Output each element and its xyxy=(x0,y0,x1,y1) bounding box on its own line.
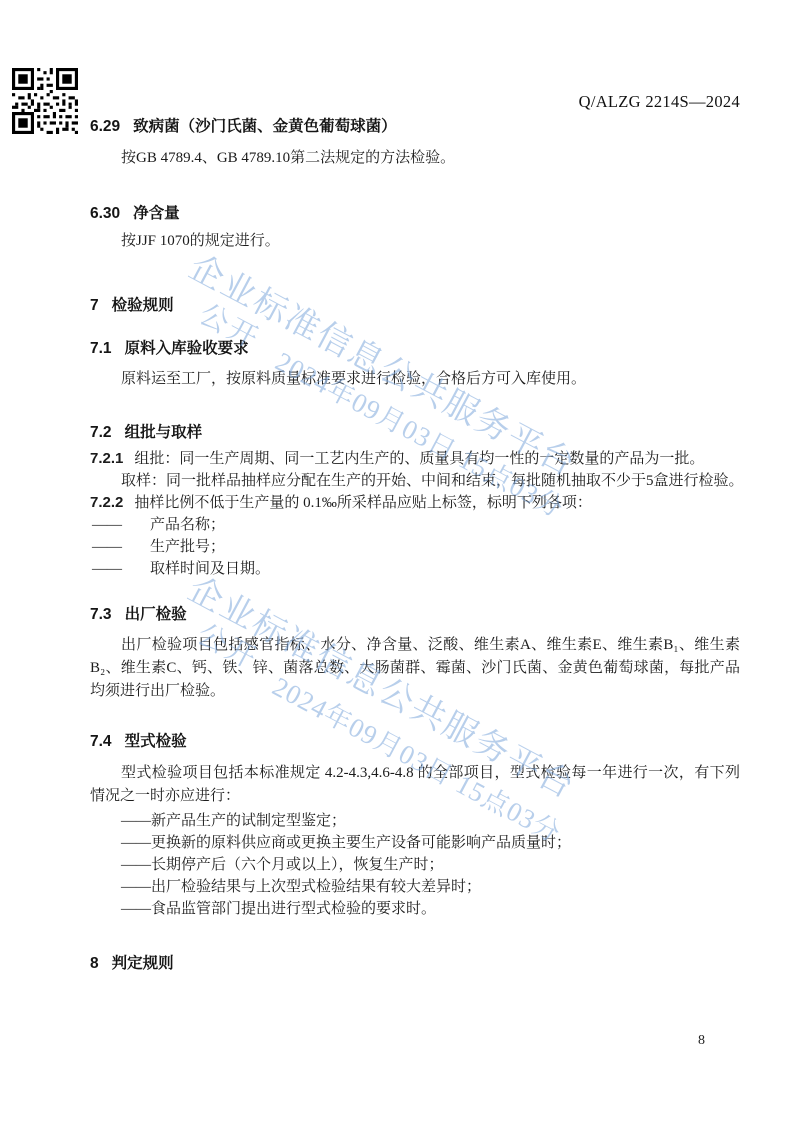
list-item-text: 生产批号； xyxy=(150,536,225,558)
list-item: ——出厂检验结果与上次型式检验结果有较大差异时； xyxy=(90,876,740,898)
list-item: ——长期停产后（六个月或以上），恢复生产时； xyxy=(90,854,740,876)
dash-marker: —— xyxy=(90,514,150,536)
heading-7-2: 7.2组批与取样 xyxy=(90,420,740,442)
heading-7-3: 7.3出厂检验 xyxy=(90,602,740,624)
section-number: 7.1 xyxy=(90,340,112,357)
list-item: ——生产批号； xyxy=(90,536,740,558)
chapter-number: 7 xyxy=(90,297,99,314)
clause-number: 7.2.2 xyxy=(90,494,123,511)
clause-7-2-2: 7.2.2抽样比例不低于生产量的 0.1‰所采样品应贴上标签，标明下列各项： xyxy=(90,492,740,514)
clause-number: 7.2.1 xyxy=(90,450,123,467)
heading-7-1: 7.1原料入库验收要求 xyxy=(90,336,740,358)
list-item: ——取样时间及日期。 xyxy=(90,558,740,580)
list-item: ——产品名称； xyxy=(90,514,740,536)
chapter-title: 判定规则 xyxy=(112,955,174,972)
section-title: 致病菌（沙门氏菌、金黄色葡萄球菌） xyxy=(133,118,397,135)
clause-body-6-30: 按JJF 1070的规定进行。 xyxy=(90,230,740,252)
standard-code: Q/ALZG 2214S—2024 xyxy=(90,92,740,112)
section-number: 7.4 xyxy=(90,733,112,750)
clause-text: 抽样比例不低于生产量的 0.1‰所采样品应贴上标签，标明下列各项： xyxy=(134,495,592,511)
list-item-text: 产品名称； xyxy=(150,514,225,536)
page-number: 8 xyxy=(698,1033,705,1049)
label-item-list: ——产品名称； ——生产批号； ——取样时间及日期。 xyxy=(90,514,740,580)
clause-7-2-1: 7.2.1组批：同一生产周期、同一工艺内生产的、质量具有均一性的一定数量的产品为… xyxy=(90,448,740,470)
section-number: 7.2 xyxy=(90,424,112,441)
section-number: 7.3 xyxy=(90,606,112,623)
section-title: 组批与取样 xyxy=(125,424,203,441)
list-item-text: 取样时间及日期。 xyxy=(150,558,270,580)
dash-marker: —— xyxy=(90,558,150,580)
clause-body-7-3: 出厂检验项目包括感官指标、水分、净含量、泛酸、维生素A、维生素E、维生素B₁、维… xyxy=(90,634,740,703)
heading-8: 8判定规则 xyxy=(90,951,740,973)
clause-body-7-4: 型式检验项目包括本标准规定 4.2-4.3,4.6-4.8 的全部项目，型式检验… xyxy=(90,762,740,808)
heading-7: 7检验规则 xyxy=(90,293,740,315)
clause-7-2-1-sampling: 取样：同一批样品抽样应分配在生产的开始、中间和结束，每批随机抽取不少于5盒进行检… xyxy=(90,470,740,492)
heading-7-4: 7.4型式检验 xyxy=(90,729,740,751)
standard-document-page: { "header": { "doc_code": "Q/ALZG 2214S—… xyxy=(0,0,794,1123)
list-item: ——食品监管部门提出进行型式检验的要求时。 xyxy=(90,898,740,920)
chapter-title: 检验规则 xyxy=(112,297,174,314)
qr-code-icon xyxy=(12,68,78,134)
section-number: 6.30 xyxy=(90,205,120,222)
section-title: 出厂检验 xyxy=(125,606,187,623)
list-item: ——新产品生产的试制定型鉴定； xyxy=(90,810,740,832)
clause-text: 组批：同一生产周期、同一工艺内生产的、质量具有均一性的一定数量的产品为一批。 xyxy=(134,451,704,467)
heading-6-29: 6.29致病菌（沙门氏菌、金黄色葡萄球菌） xyxy=(90,114,740,136)
chapter-number: 8 xyxy=(90,955,99,972)
section-title: 净含量 xyxy=(133,205,180,222)
dash-marker: —— xyxy=(90,536,150,558)
clause-body-6-29: 按GB 4789.4、GB 4789.10第二法规定的方法检验。 xyxy=(90,147,740,169)
list-item: ——更换新的原料供应商或更换主要生产设备可能影响产品质量时； xyxy=(90,832,740,854)
page: 企业标准信息公共服务平台 公开 2024年09月03日 15点03分 企业标准信… xyxy=(0,0,794,1123)
section-title: 型式检验 xyxy=(125,733,187,750)
section-number: 6.29 xyxy=(90,118,120,135)
section-title: 原料入库验收要求 xyxy=(125,340,249,357)
heading-6-30: 6.30净含量 xyxy=(90,201,740,223)
type-inspection-condition-list: ——新产品生产的试制定型鉴定； ——更换新的原料供应商或更换主要生产设备可能影响… xyxy=(90,810,740,920)
clause-body-7-1: 原料运至工厂，按原料质量标准要求进行检验，合格后方可入库使用。 xyxy=(90,368,740,390)
